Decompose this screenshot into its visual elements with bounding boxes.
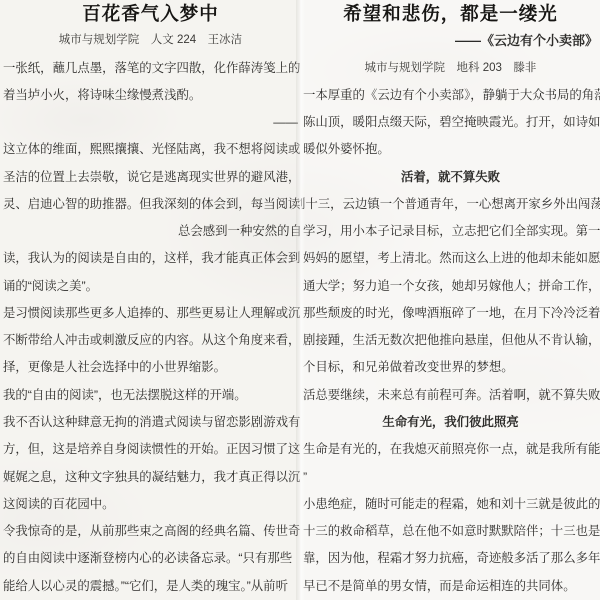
text-line: 剧接踵，生活无数次把他推向悬崖，但他从不肯认输，他 <box>300 327 600 354</box>
text-line: 我的“自由的阅读”，也无法摆脱这样的开端。 <box>0 382 300 409</box>
text-line: 择，更像是人社会选择中的小世界缩影。 <box>0 354 300 381</box>
right-article-byline: 城市与规划学院 地科 203 滕非 <box>300 55 600 82</box>
text-line: 读，我认为的阅读是自由的，这样，我才能真正体会到 <box>0 245 300 272</box>
text-line: 十三的救命稻草，总在他不如意时默默陪伴；十三也是程 <box>300 518 600 545</box>
text-line: 是习惯阅读那些更多人追捧的、那些更易让人理解或沉 <box>0 300 300 327</box>
text-line: 通大学；努力追一个女孩，她却另嫁他人；拼命工作，却 <box>300 273 600 300</box>
text-line: 诵的“阅读之美”。 <box>0 273 300 300</box>
text-line: 妈妈的愿望，考上清北。然而这么上进的他却未能如愿，只 <box>300 245 600 272</box>
text-line: 生命是有光的，在我熄灭前照亮你一点，就是我所有能做 <box>300 436 600 463</box>
text-line: 那些颓废的时光，像啤酒瓶碎了一地，在月下冷冷泛着 <box>300 300 600 327</box>
text-line: 小患绝症，随时可能走的程霜，她和刘十三就是彼此的 <box>300 491 600 518</box>
text-line: 令我惊奇的是，从前那些束之高阁的经典名篇、传世奇书 <box>0 518 300 545</box>
text-line: 暖似外婆怀抱。 <box>300 136 600 163</box>
left-article-byline: 城市与规划学院 人文 224 王冰洁 <box>0 27 300 54</box>
text-line: 这立体的维面，熙熙攘攘、光怪陆离，我不想将阅读或书 <box>0 136 300 163</box>
text-line: 靠，因为他，程霜才努力抗癌，奇迹般多活了那么多年。 <box>300 545 600 572</box>
text-line: 圣洁的位置上去崇敬，说它是逃离现实世界的避风港，说 <box>0 164 300 191</box>
text-line: 个目标，和兄弟做着改变世界的梦想。 <box>300 354 600 381</box>
text-line: 学习，用小本子记录目标，立志把它们全部实现。第一页 <box>300 218 600 245</box>
text-line: 总会感到一种安然的自 <box>0 218 300 245</box>
text-line: ” <box>300 464 600 491</box>
left-article: 百花香气入梦中 城市与规划学院 人文 224 王冰洁 一张纸，蘸几点墨，落笔的文… <box>0 0 300 600</box>
text-line: 一张纸，蘸几点墨，落笔的文字四散，化作薛涛笺上的 <box>0 55 300 82</box>
text-line: 的自由阅读中逐渐登榜内心的必读备忘录。“只有那些 <box>0 545 300 572</box>
text-line: 活着，就不算失败 <box>300 164 600 191</box>
text-line: 陈山顶，暖阳点缀天际，碧空掩映霞光。打开，如诗如画 <box>300 109 600 136</box>
text-line: 活总要继续，未来总有前程可奔。活着啊，就不算失败 <box>300 382 600 409</box>
text-line: 灵、启迪心智的助推器。但我深刻的体会到，每当阅读 <box>0 191 300 218</box>
text-line: 能给人以心灵的震撼。”“它们，是人类的瑰宝。”从前听 <box>0 573 300 600</box>
right-article: 希望和悲伤，都是一缕光 ——《云边有个小卖部》 城市与规划学院 地科 203 滕… <box>300 0 600 600</box>
text-line: 这阅读的百花园中。 <box>0 491 300 518</box>
text-line: 刘十三，云边镇一个普通青年，一心想离开家乡外出闯荡。 <box>300 191 600 218</box>
right-article-body: 一本厚重的《云边有个小卖部》，静躺于大众书局的角落。陈山顶，暖阳点缀天际，碧空掩… <box>300 82 600 600</box>
text-line: 方，但，这是培养自身阅读惯性的开始。正因习惯了这种 <box>0 436 300 463</box>
right-article-attribution: ——《云边有个小卖部》 <box>300 27 600 54</box>
text-line: —— <box>0 109 300 136</box>
scanned-document: 百花香气入梦中 城市与规划学院 人文 224 王冰洁 一张纸，蘸几点墨，落笔的文… <box>0 0 600 600</box>
text-line: 生命有光，我们彼此照亮 <box>300 409 600 436</box>
text-line: 着当垆小火，将诗味尘缘慢煮浅酌。 <box>0 82 300 109</box>
text-line: 娓娓之息，这种文字独具的凝结魅力，我才真正得以沉 <box>0 464 300 491</box>
text-line: 不断带给人冲击或刺激反应的内容。从这个角度来看，阅 <box>0 327 300 354</box>
right-article-title: 希望和悲伤，都是一缕光 <box>300 0 600 27</box>
left-article-title: 百花香气入梦中 <box>0 0 300 27</box>
text-line: 我不否认这种肆意无拘的消遣式阅读与留恋影剧游戏有一 <box>0 409 300 436</box>
left-article-body: 一张纸，蘸几点墨，落笔的文字四散，化作薛涛笺上的着当垆小火，将诗味尘缘慢煮浅酌。… <box>0 55 300 600</box>
text-line: 一本厚重的《云边有个小卖部》，静躺于大众书局的角落。 <box>300 82 600 109</box>
text-line: 早已不是简单的男女情，而是命运相连的共同体。 <box>300 573 600 600</box>
